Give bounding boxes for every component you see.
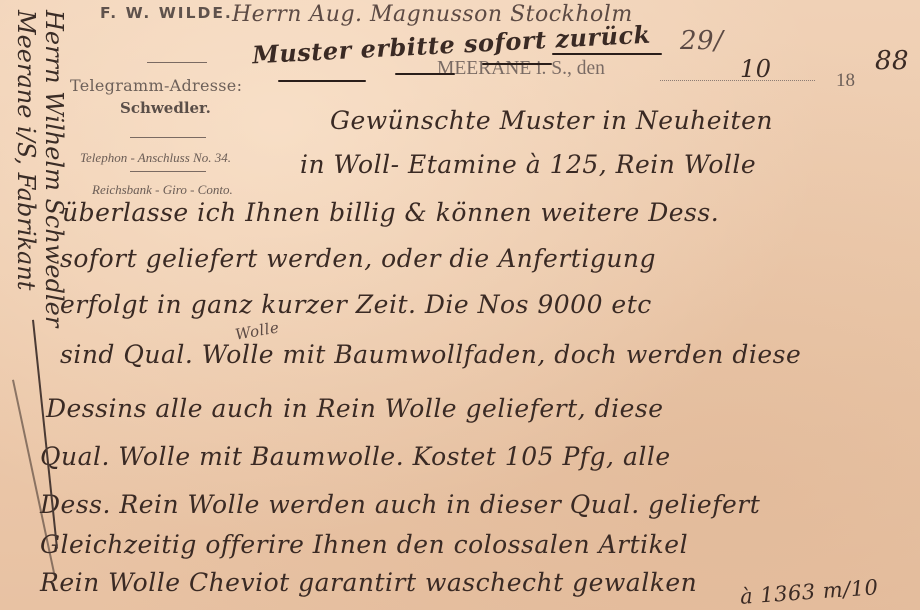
margin-note: Herrn Wilhelm Schwedler Meerane i/S, Fab…	[8, 10, 68, 600]
note-underline-4	[552, 53, 662, 55]
body-line-10: Gleichzeitig offerire Ihnen den colossal…	[40, 530, 688, 559]
note-underline-2	[395, 73, 455, 75]
bank-line: Reichsbank - Giro - Conto.	[92, 182, 233, 198]
note-underline-1	[278, 80, 366, 82]
body-line-11: Rein Wolle Cheviot garantirt waschecht g…	[40, 568, 697, 597]
date-day: 29/	[680, 26, 723, 56]
postcard: F. W. WILDE. Telegramm-Adresse: Schwedle…	[0, 0, 920, 610]
margin-line-1: Herrn Wilhelm Schwedler	[40, 10, 68, 600]
place-date-label: MEERANE i. S., den	[437, 58, 605, 80]
date-month: 10	[740, 55, 772, 83]
divider-1	[130, 137, 206, 138]
note-underline-3	[482, 63, 552, 65]
body-line-2: in Woll- Etamine à 125, Rein Wolle	[300, 150, 756, 179]
margin-line-2: Meerane i/S, Fabrikant	[12, 10, 40, 600]
year-prefix: 18	[836, 70, 855, 92]
body-line-1: Gewünschte Muster in Neuheiten	[330, 106, 773, 135]
telegram-address-value: Schwedler.	[120, 99, 211, 117]
date-dotted-line	[660, 80, 815, 81]
price-note: à 1363 m/10	[739, 575, 879, 609]
body-line-3: überlasse ich Ihnen billig & können weit…	[62, 198, 719, 227]
body-line-5: erfolgt in ganz kurzer Zeit. Die Nos 900…	[60, 290, 652, 319]
body-line-7: Dessins alle auch in Rein Wolle geliefer…	[46, 394, 664, 423]
firm-name: F. W. WILDE.	[100, 4, 233, 22]
divider-2	[130, 171, 206, 172]
body-line-9: Dess. Rein Wolle werden auch in dieser Q…	[40, 490, 760, 519]
telegram-address-label: Telegramm-Adresse:	[70, 76, 242, 95]
telephone-line: Telephon - Anschluss No. 34.	[80, 150, 231, 166]
body-line-8: Qual. Wolle mit Baumwolle. Kostet 105 Pf…	[40, 442, 671, 471]
ornament-divider	[147, 62, 207, 63]
body-line-6: sind Qual. Wolle mit Baumwollfaden, doch…	[60, 340, 801, 369]
year-suffix: 88	[875, 46, 909, 76]
body-line-4: sofort geliefert werden, oder die Anfert…	[60, 244, 656, 273]
